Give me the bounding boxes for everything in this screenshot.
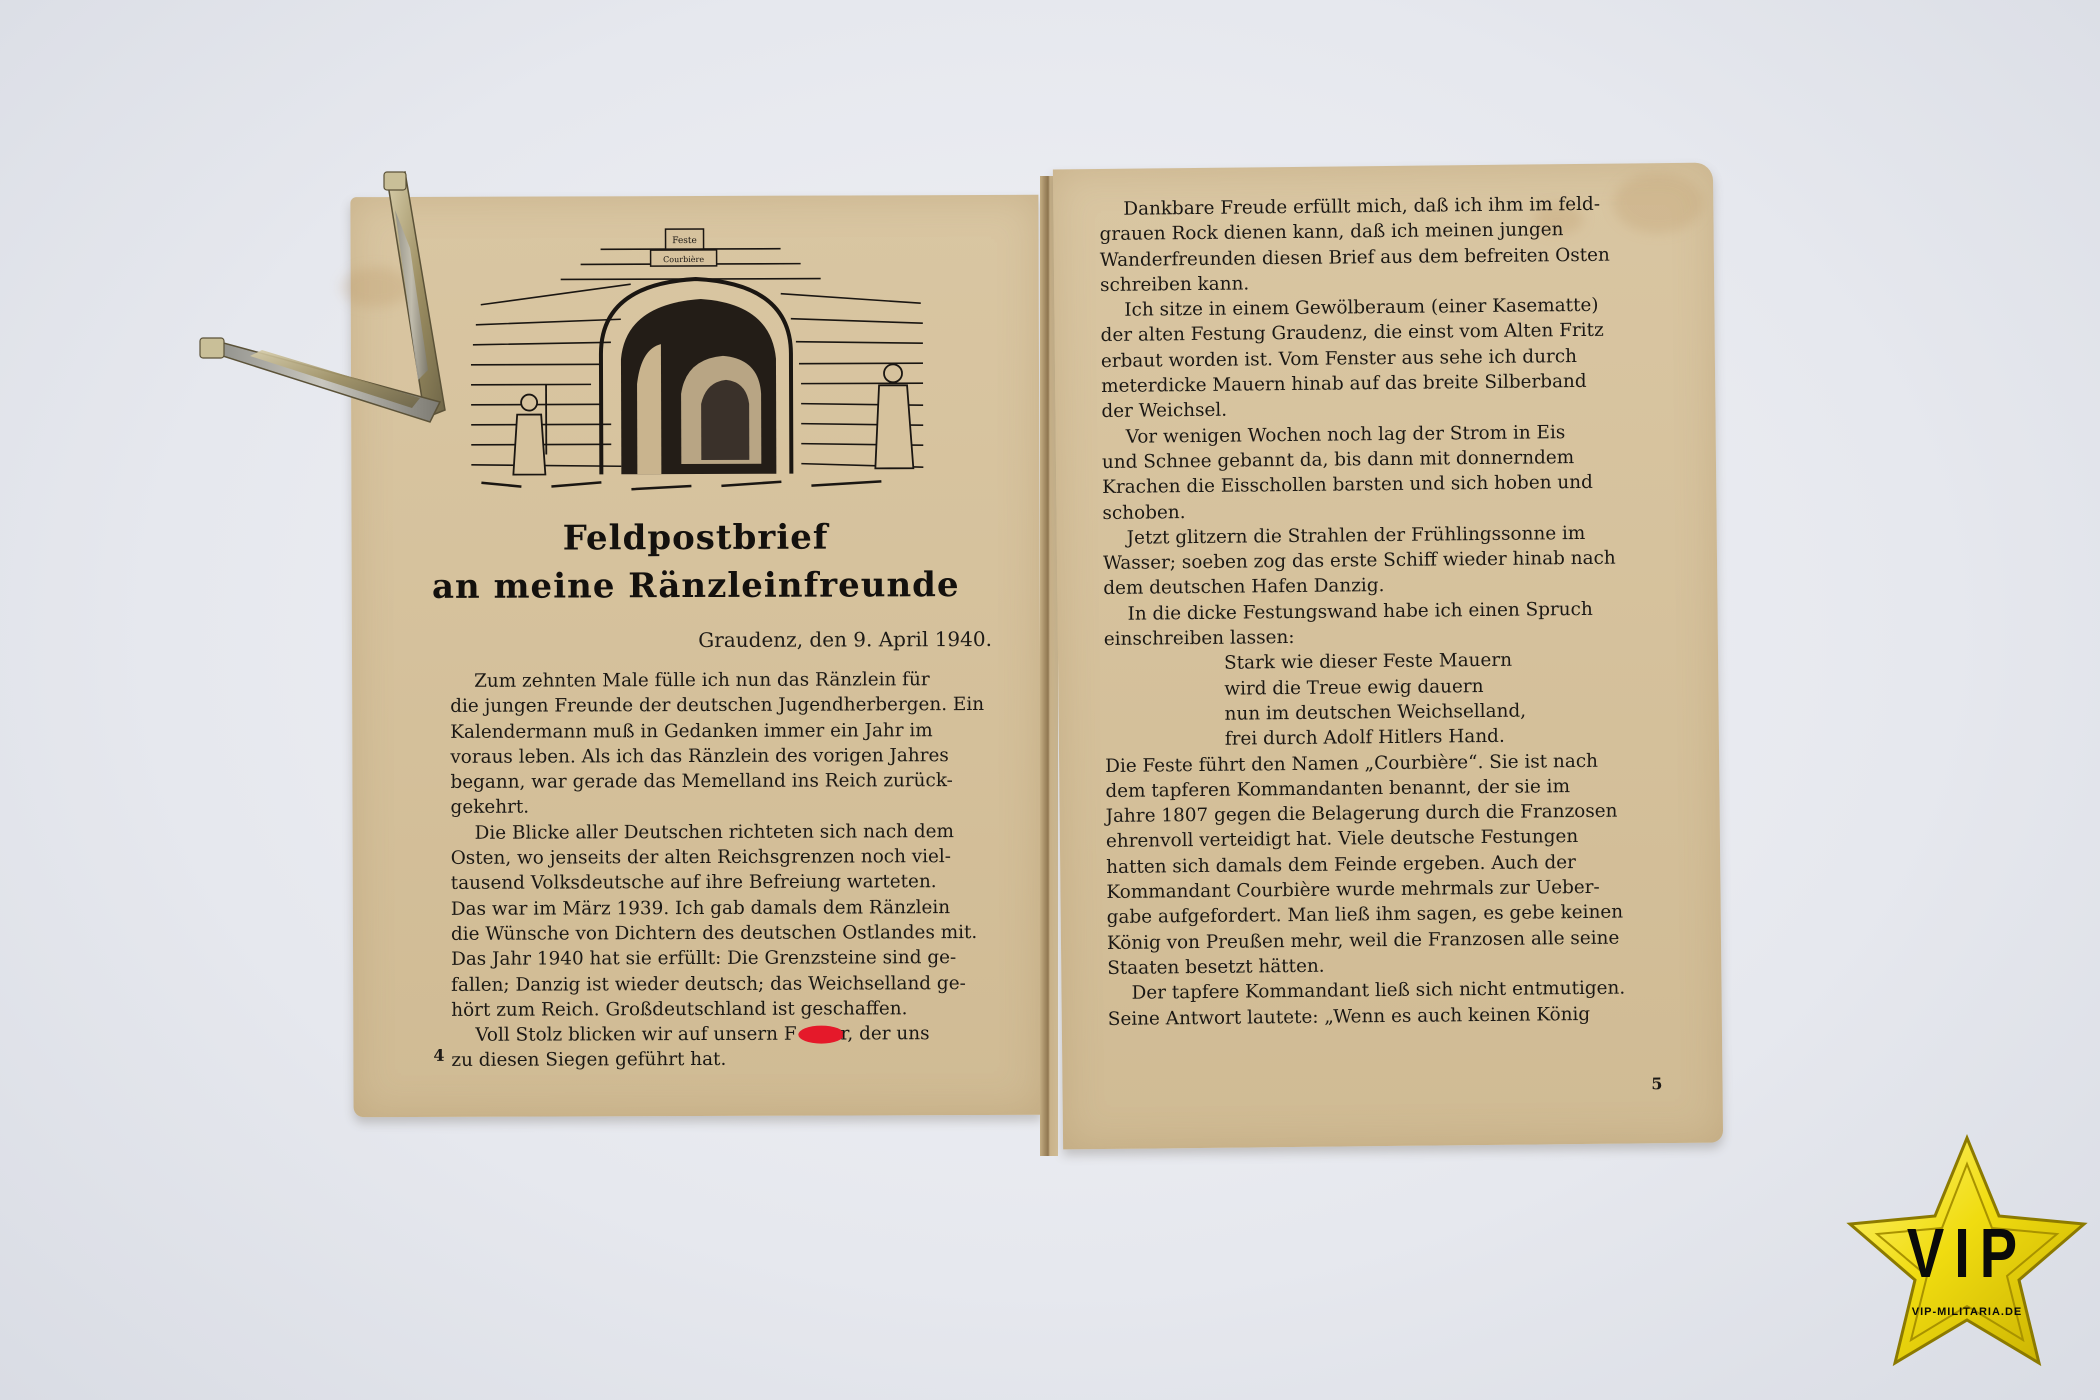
sign-text-courbiere: Courbière <box>663 255 704 264</box>
censor-mark <box>799 1026 845 1044</box>
text-line: Das war im März 1939. Ich gab damals dem… <box>451 894 1033 921</box>
page-number-left: 4 <box>433 1046 444 1065</box>
text-line: die Wünsche von Dichtern des deutschen O… <box>451 920 1033 947</box>
open-booklet: Feste Courbière Feldpostbrie <box>0 0 2100 1400</box>
right-page: Dankbare Freude erfüllt mich, daß ich ih… <box>1053 163 1723 1150</box>
text-line: zu diesen Siegen geführt hat. <box>451 1046 1033 1073</box>
text-line: Das Jahr 1940 hat sie erfüllt: Die Grenz… <box>451 945 1033 972</box>
text-line: gekehrt. <box>450 793 1032 820</box>
text-line-censored: Voll Stolz blicken wir auf unsern Fr, de… <box>451 1021 1033 1048</box>
left-page-body: Zum zehnten Male fülle ich nun das Ränzl… <box>450 667 1033 1074</box>
text-fragment: r, der uns <box>841 1023 930 1044</box>
vip-logo-text: VIP <box>1842 1212 2092 1293</box>
text-line: hört zum Reich. Großdeutschland ist gesc… <box>451 996 1033 1023</box>
brass-corner-stand <box>190 170 470 430</box>
text-line: fallen; Danzig ist wieder deutsch; das W… <box>451 970 1033 997</box>
text-line: voraus leben. Als ich das Ränzlein des v… <box>450 743 1032 770</box>
right-page-body: Dankbare Freude erfüllt mich, daß ich ih… <box>1099 191 1678 1032</box>
article-title-line-1: Feldpostbrief <box>352 517 1040 559</box>
sign-text-feste: Feste <box>672 236 697 246</box>
article-title-line-2: an meine Ränzleinfreunde <box>352 565 1040 607</box>
text-line: Kalendermann muß in Gedanken immer ein J… <box>450 717 1032 744</box>
archway-drawing-icon: Feste Courbière <box>460 223 931 495</box>
text-line: Seine Antwort lautete: „Wenn es auch kei… <box>1108 1000 1678 1031</box>
text-fragment: Voll Stolz blicken wir auf unsern F <box>475 1024 796 1046</box>
text-line: Die Blicke aller Deutschen richteten sic… <box>451 819 1033 846</box>
text-line: Osten, wo jenseits der alten Reichsgrenz… <box>451 844 1033 871</box>
page-number-right: 5 <box>1651 1074 1662 1093</box>
vip-militaria-watermark-logo: VIP VIP-MILITARIA.DE <box>1842 1128 2092 1378</box>
text-line: tausend Volksdeutsche auf ihre Befreiung… <box>451 869 1033 896</box>
vip-logo-url: VIP-MILITARIA.DE <box>1842 1306 2092 1318</box>
text-line: Zum zehnten Male fülle ich nun das Ränzl… <box>450 667 1032 694</box>
dateline: Graudenz, den 9. April 1940. <box>698 627 992 652</box>
corner-stand-icon <box>190 170 470 430</box>
text-line: begann, war gerade das Memelland ins Rei… <box>450 768 1032 795</box>
fortress-gate-illustration: Feste Courbière <box>460 223 931 495</box>
text-line: die jungen Freunde der deutschen Jugendh… <box>450 692 1032 719</box>
